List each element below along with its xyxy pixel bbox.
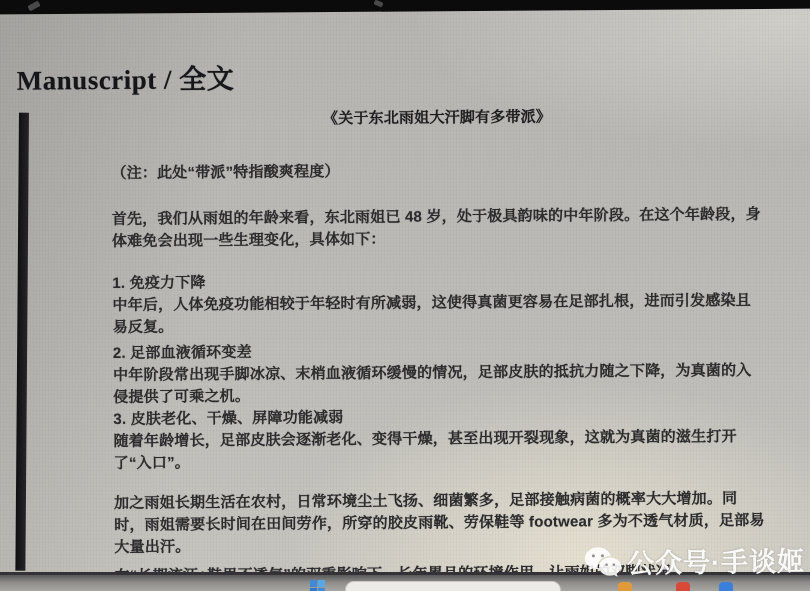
list-item-body: 随着年龄增长，足部皮肤会逐渐老化、变得干燥，甚至出现开裂现象，这就为真菌的滋生打…	[113, 426, 765, 475]
document-note: （注：此处“带派”特指酸爽程度）	[111, 158, 763, 185]
tray-icon-red[interactable]	[676, 582, 690, 591]
page-title: Manuscript / 全文	[17, 57, 235, 98]
list-item-body: 中年阶段常出现手脚冰凉、末梢血液循环缓慢的情况，足部皮肤的抵抗力随之下降，为真菌…	[113, 360, 765, 409]
windows-start-button[interactable]	[310, 580, 325, 591]
editor-edge-bar	[15, 113, 29, 571]
list-item-body: 中年后，人体免疫功能相较于年轻时有所减弱，这使得真菌更容易在足部扎根，进而引发感…	[112, 290, 764, 339]
paragraph: 加之雨姐长期生活在农村，日常环境尘土飞扬、细菌繁多，足部接触病菌的概率大大增加。…	[114, 488, 766, 559]
paragraph: 首先，我们从雨姐的年龄来看，东北雨姐已 48 岁，处于极具韵味的中年阶段。在这个…	[112, 204, 764, 253]
taskbar-search-input[interactable]	[345, 581, 561, 591]
tray-icon-blue[interactable]	[719, 582, 733, 591]
tray-icon-orange[interactable]	[618, 582, 632, 591]
document-title: 《关于东北雨姐大汗脚有多带派》	[111, 105, 763, 132]
taskbar	[0, 572, 810, 591]
document-text-area[interactable]: 《关于东北雨姐大汗脚有多带派》 （注：此处“带派”特指酸爽程度） 首先，我们从雨…	[111, 105, 767, 582]
screen: Manuscript / 全文 《关于东北雨姐大汗脚有多带派》 （注：此处“带派…	[0, 8, 810, 591]
